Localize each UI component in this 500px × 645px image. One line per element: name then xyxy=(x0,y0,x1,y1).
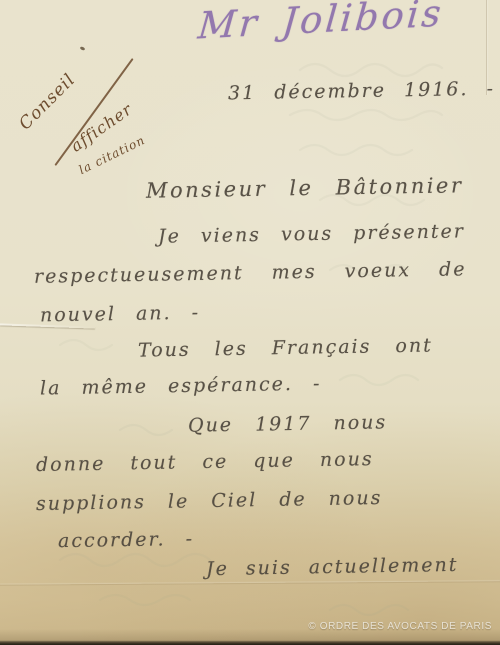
body-line-2: respectueusement mes voeux de xyxy=(34,258,467,288)
paper-bottom-edge xyxy=(0,641,500,645)
body-line-10: Je suis actuellement xyxy=(206,554,459,580)
body-line-5: la même espérance. - xyxy=(40,373,322,400)
body-line-1: Je viens vous présenter xyxy=(158,220,465,247)
edge-crease-right xyxy=(486,0,487,95)
recipient-name-header: Mr Jolibois xyxy=(196,0,445,48)
date-line: 31 décembre 1916. - xyxy=(228,78,495,105)
body-line-9: accorder. - xyxy=(58,528,194,552)
fold-crease-bottom xyxy=(0,581,500,585)
body-line-7: donne tout ce que nous xyxy=(36,448,374,476)
ink-speck xyxy=(80,46,86,51)
body-line-8: supplions le Ciel de nous xyxy=(36,487,383,515)
body-line-4: Tous les Français ont xyxy=(138,334,433,361)
margin-note-line-1: Conseil xyxy=(15,70,79,134)
margin-note: Conseil afficher la citation xyxy=(0,52,180,192)
body-line-6: Que 1917 nous xyxy=(188,411,388,436)
letter-page: Mr Jolibois Conseil afficher la citation… xyxy=(0,0,500,645)
credit-watermark: © ORDRE DES AVOCATS DE PARIS xyxy=(308,621,492,632)
body-line-3: nouvel an. - xyxy=(40,302,200,327)
salutation: Monsieur le Bâtonnier xyxy=(146,173,464,203)
